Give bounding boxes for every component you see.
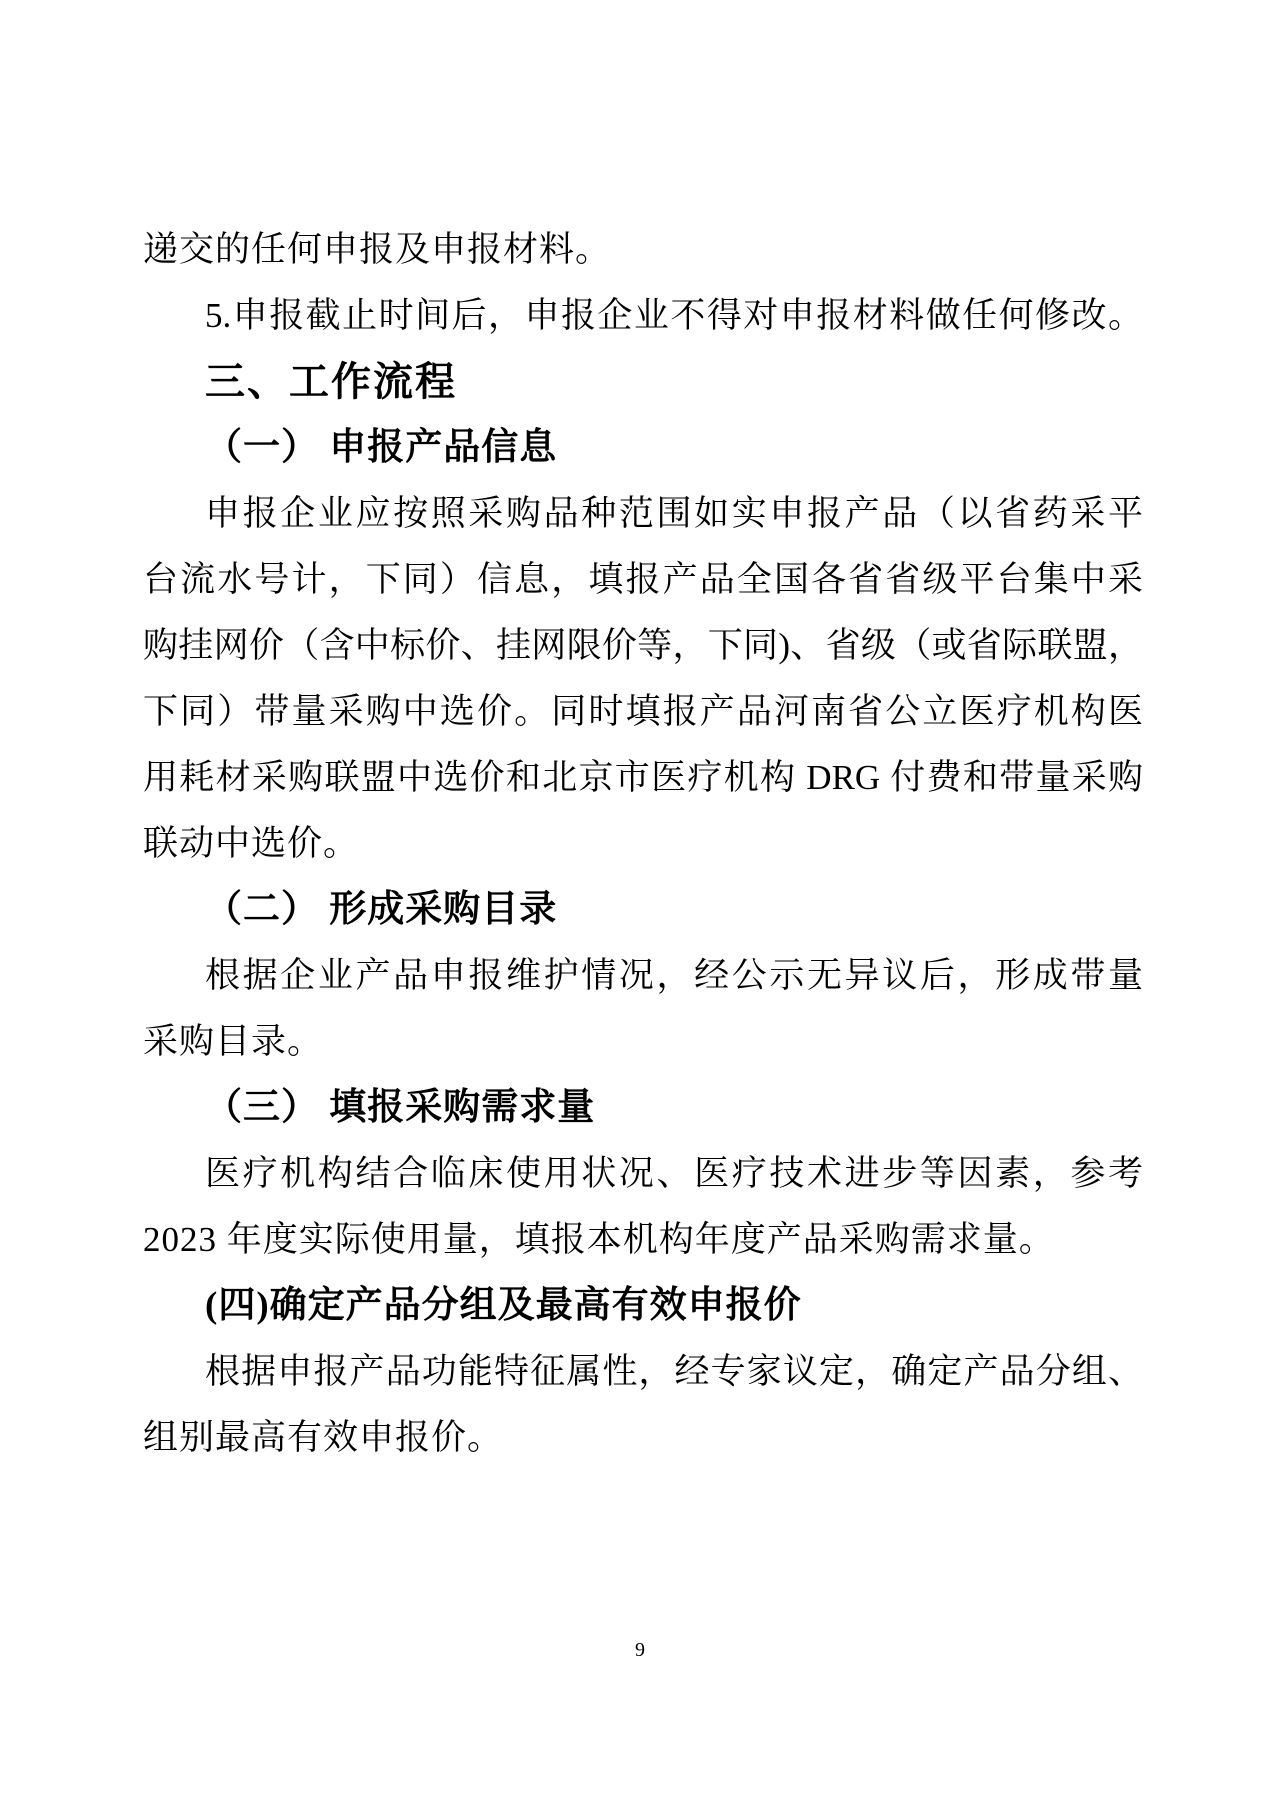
text-line: 2023 年度实际使用量，填报本机构年度产品采购需求量。 — [143, 1207, 1143, 1273]
section-heading: 三、工作流程 — [143, 349, 1143, 415]
subsection-heading: (四)确定产品分组及最高有效申报价 — [143, 1273, 1143, 1339]
subsection-heading: （三） 填报采购需求量 — [143, 1075, 1143, 1141]
text-line: 申报企业应按照采购品种范围如实申报产品（以省药采平 — [143, 481, 1143, 547]
subsection-heading: （二） 形成采购目录 — [143, 877, 1143, 943]
text-line: 5.申报截止时间后，申报企业不得对申报材料做任何修改。 — [143, 283, 1143, 349]
text-line: 联动中选价。 — [143, 811, 1143, 877]
text-line: 采购目录。 — [143, 1009, 1143, 1075]
subsection-heading: （一） 申报产品信息 — [143, 415, 1143, 481]
text-line: 医疗机构结合临床使用状况、医疗技术进步等因素，参考 — [143, 1141, 1143, 1207]
text-line: 根据申报产品功能特征属性，经专家议定，确定产品分组、 — [143, 1339, 1143, 1405]
text-line: 组别最高有效申报价。 — [143, 1405, 1143, 1471]
text-line: 递交的任何申报及申报材料。 — [143, 217, 1143, 283]
text-line: 根据企业产品申报维护情况，经公示无异议后，形成带量 — [143, 943, 1143, 1009]
document-body: 递交的任何申报及申报材料。 5.申报截止时间后，申报企业不得对申报材料做任何修改… — [143, 217, 1143, 1471]
text-line: 用耗材采购联盟中选价和北京市医疗机构 DRG 付费和带量采购 — [143, 745, 1143, 811]
text-line: 购挂网价（含中标价、挂网限价等，下同)、省级（或省际联盟， — [143, 613, 1143, 679]
text-line: 台流水号计，下同）信息，填报产品全国各省省级平台集中采 — [143, 547, 1143, 613]
text-line: 下同）带量采购中选价。同时填报产品河南省公立医疗机构医 — [143, 679, 1143, 745]
page-number: 9 — [0, 1638, 1280, 1662]
